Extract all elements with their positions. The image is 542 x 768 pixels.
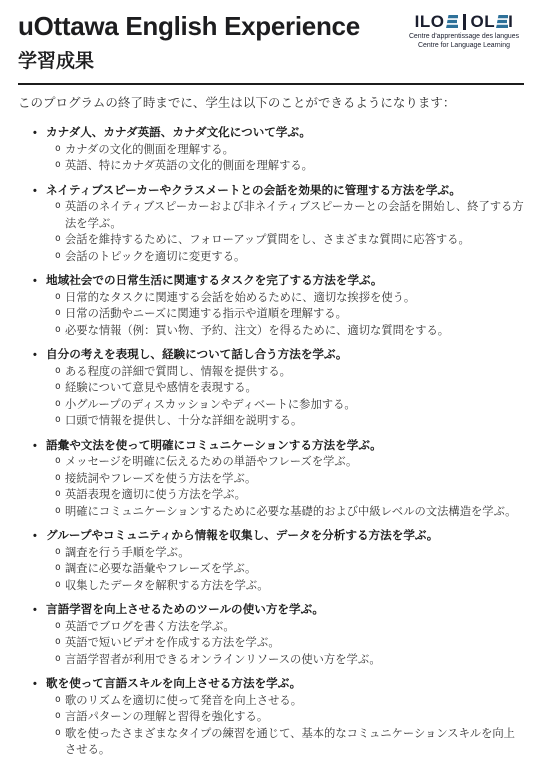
logo-text-i: I [508, 13, 513, 30]
outcome-main: •地域社会での日常生活に関連するタスクを完了する方法を学ぶ。 [18, 273, 524, 290]
outcome-sub: o会話のトピックを適切に変更する。 [18, 249, 524, 266]
outcome-sub-text: 英語で短いビデオを作成する方法を学ぶ。 [65, 637, 280, 649]
outcome-sub: o収集したデータを解釈する方法を学ぶ。 [18, 578, 524, 595]
outcome-main-text: 言語学習を向上させるためのツールの使い方を学ぶ。 [46, 603, 324, 616]
bullet-circle-icon: o [55, 412, 61, 429]
outcome-sub-text: 言語学習者が利用できるオンラインリソースの使い方を学ぶ。 [65, 654, 381, 666]
bullet-circle-icon: o [55, 453, 61, 470]
logo-tagline-en: Centre for Language Learning [400, 42, 528, 51]
outcome-sub: oメッセージを明確に伝えるための単語やフレーズを学ぶ。 [18, 454, 524, 471]
outcome-sub: o英語表現を適切に使う方法を学ぶ。 [18, 487, 524, 504]
logo-text-ilo: ILO [415, 13, 445, 30]
outcome-section: •歌を使って言語スキルを向上させる方法を学ぶ。o歌のリズムを適切に使って発音を向… [18, 676, 524, 759]
logo-separator-bar [463, 14, 466, 30]
bullet-circle-icon: o [55, 379, 61, 396]
outcome-section: •地域社会での日常生活に関連するタスクを完了する方法を学ぶ。o日常的なタスクに関… [18, 273, 524, 339]
bullet-circle-icon: o [55, 289, 61, 306]
logo-taglines: Centre d'apprentissage des langues Centr… [400, 33, 528, 50]
outcome-main-text: カナダ人、カナダ英語、カナダ文化について学ぶ。 [46, 126, 311, 139]
outcome-section: •ネイティブスピーカーやクラスメートとの会話を効果的に管理する方法を学ぶ。o英語… [18, 183, 524, 266]
outcome-sub: o英語のネイティブスピーカーおよび非ネイティブスピーカーとの会話を開始し、終了す… [18, 199, 524, 232]
outcome-sub: o接続詞やフレーズを使う方法を学ぶ。 [18, 471, 524, 488]
outcome-section: •自分の考えを表現し、経験について話し合う方法を学ぶ。oある程度の詳細で質問し、… [18, 347, 524, 430]
bullet-circle-icon: o [55, 634, 61, 651]
bullet-disc-icon: • [33, 438, 37, 455]
outcome-main: •カナダ人、カナダ英語、カナダ文化について学ぶ。 [18, 125, 524, 142]
outcome-sub: o会話を維持するために、フォローアップ質問をし、さまざまな質問に応答する。 [18, 232, 524, 249]
outcome-sub-text: 経験について意見や感情を表現する。 [65, 382, 257, 394]
logo-tagline-fr: Centre d'apprentissage des langues [400, 33, 528, 42]
bullet-disc-icon: • [33, 273, 37, 290]
outcome-sub-text: 口頭で情報を提供し、十分な詳細を説明する。 [65, 415, 302, 427]
outcome-sub: o口頭で情報を提供し、十分な詳細を説明する。 [18, 413, 524, 430]
bullet-disc-icon: • [33, 602, 37, 619]
outcome-sub: o明確にコミュニケーションするために必要な基礎的および中級レベルの文法構造を学ぶ… [18, 504, 524, 521]
bullet-circle-icon: o [55, 577, 61, 594]
bullet-circle-icon: o [55, 157, 61, 174]
outcomes-list: •カナダ人、カナダ英語、カナダ文化について学ぶ。oカナダの文化的側面を理解する。… [18, 125, 524, 759]
outcome-sub: o歌のリズムを適切に使って発音を向上させる。 [18, 693, 524, 710]
outcome-sub: o日常的なタスクに関連する会話を始めるために、適切な挨拶を使う。 [18, 290, 524, 307]
outcome-main: •言語学習を向上させるためのツールの使い方を学ぶ。 [18, 602, 524, 619]
outcome-sub-text: 英語のネイティブスピーカーおよび非ネイティブスピーカーとの会話を開始し、終了する… [65, 201, 524, 230]
outcome-sub: o調査を行う手順を学ぶ。 [18, 545, 524, 562]
outcome-main: •語彙や文法を使って明確にコミュニケーションする方法を学ぶ。 [18, 438, 524, 455]
outcome-main-text: 自分の考えを表現し、経験について話し合う方法を学ぶ。 [46, 348, 347, 361]
outcome-section: •グループやコミュニティから情報を収集し、データを分析する方法を学ぶ。o調査を行… [18, 528, 524, 594]
outcome-main-text: グループやコミュニティから情報を収集し、データを分析する方法を学ぶ。 [46, 529, 438, 542]
outcome-sub-text: 明確にコミュニケーションするために必要な基礎的および中級レベルの文法構造を学ぶ。 [65, 506, 516, 518]
bullet-circle-icon: o [55, 725, 61, 742]
outcome-sub-text: 会話のトピックを適切に変更する。 [65, 251, 245, 263]
outcome-sub-text: 歌を使ったさまざまなタイプの練習を通じて、基本的なコミュニケーションスキルを向上… [65, 728, 515, 757]
bullet-circle-icon: o [55, 305, 61, 322]
stylized-b-bars-icon [446, 15, 458, 28]
outcome-sub-text: ある程度の詳細で質問し、情報を提供する。 [65, 366, 291, 378]
outcome-section: •言語学習を向上させるためのツールの使い方を学ぶ。o英語でブログを書く方法を学ぶ… [18, 602, 524, 668]
outcome-sub-text: カナダの文化的側面を理解する。 [65, 144, 234, 156]
bullet-circle-icon: o [55, 708, 61, 725]
logo-text-ol: OL [471, 13, 496, 30]
outcome-sub: o英語で短いビデオを作成する方法を学ぶ。 [18, 635, 524, 652]
outcome-section: •語彙や文法を使って明確にコミュニケーションする方法を学ぶ。oメッセージを明確に… [18, 438, 524, 521]
outcome-main: •グループやコミュニティから情報を収集し、データを分析する方法を学ぶ。 [18, 528, 524, 545]
bullet-circle-icon: o [55, 470, 61, 487]
outcome-sub: o言語学習者が利用できるオンラインリソースの使い方を学ぶ。 [18, 652, 524, 669]
outcome-sub: o言語パターンの理解と習得を強化する。 [18, 709, 524, 726]
bullet-circle-icon: o [55, 692, 61, 709]
bullet-disc-icon: • [33, 528, 37, 545]
bullet-disc-icon: • [33, 347, 37, 364]
outcome-sub-text: 調査に必要な語彙やフレーズを学ぶ。 [65, 563, 256, 575]
outcome-main-text: 語彙や文法を使って明確にコミュニケーションする方法を学ぶ。 [46, 439, 382, 452]
bullet-circle-icon: o [55, 651, 61, 668]
outcome-sub: o英語でブログを書く方法を学ぶ。 [18, 619, 524, 636]
intro-text: このプログラムの終了時までに、学生は以下のことができるようになります： [18, 95, 524, 112]
outcome-sub-text: メッセージを明確に伝えるための単語やフレーズを学ぶ。 [65, 456, 357, 468]
ilob-olbi-logo: ILO OL I Centre d'apprentissage des [400, 13, 528, 50]
outcome-sub-text: 会話を維持するために、フォローアップ質問をし、さまざまな質問に応答する。 [65, 234, 470, 246]
outcome-sub: oカナダの文化的側面を理解する。 [18, 142, 524, 159]
outcome-sub-text: 必要な情報（例：買い物、予約、注文）を得るために、適切な質問をする。 [65, 325, 449, 337]
outcome-sub: o調査に必要な語彙やフレーズを学ぶ。 [18, 561, 524, 578]
bullet-disc-icon: • [33, 125, 37, 142]
outcome-sub-text: 収集したデータを解釈する方法を学ぶ。 [65, 580, 269, 592]
outcome-sub: o日常の活動やニーズに関連する指示や道順を理解する。 [18, 306, 524, 323]
header-divider [18, 83, 524, 85]
bullet-circle-icon: o [55, 231, 61, 248]
outcome-sub: oある程度の詳細で質問し、情報を提供する。 [18, 364, 524, 381]
outcome-sub-text: 英語表現を適切に使う方法を学ぶ。 [65, 489, 246, 501]
bullet-circle-icon: o [55, 618, 61, 635]
outcome-main: •自分の考えを表現し、経験について話し合う方法を学ぶ。 [18, 347, 524, 364]
logo-wordmark: ILO OL I [400, 13, 528, 30]
bullet-circle-icon: o [55, 141, 61, 158]
outcome-main: •ネイティブスピーカーやクラスメートとの会話を効果的に管理する方法を学ぶ。 [18, 183, 524, 200]
document-page: uOttawa English Experience ILO OL I [0, 0, 542, 768]
bullet-circle-icon: o [55, 544, 61, 561]
bullet-circle-icon: o [55, 198, 61, 215]
outcome-sub: o英語、特にカナダ英語の文化的側面を理解する。 [18, 158, 524, 175]
stylized-b-bars-icon [496, 15, 508, 28]
outcome-sub-text: 日常の活動やニーズに関連する指示や道順を理解する。 [65, 308, 347, 320]
outcome-sub-text: 英語でブログを書く方法を学ぶ。 [65, 621, 235, 633]
bullet-circle-icon: o [55, 560, 61, 577]
bullet-circle-icon: o [55, 396, 61, 413]
bullet-disc-icon: • [33, 676, 37, 693]
outcome-sub-text: 歌のリズムを適切に使って発音を向上させる。 [65, 695, 302, 707]
outcome-sub-text: 言語パターンの理解と習得を強化する。 [65, 711, 268, 723]
bullet-disc-icon: • [33, 183, 37, 200]
outcome-sub: o小グループのディスカッションやディベートに参加する。 [18, 397, 524, 414]
outcome-sub-text: 日常的なタスクに関連する会話を始めるために、適切な挨拶を使う。 [65, 292, 415, 304]
outcome-sub-text: 小グループのディスカッションやディベートに参加する。 [65, 399, 356, 411]
outcome-sub: o歌を使ったさまざまなタイプの練習を通じて、基本的なコミュニケーションスキルを向… [18, 726, 524, 759]
bullet-circle-icon: o [55, 322, 61, 339]
outcome-sub-text: 英語、特にカナダ英語の文化的側面を理解する。 [65, 160, 313, 172]
outcome-main-text: 地域社会での日常生活に関連するタスクを完了する方法を学ぶ。 [46, 274, 382, 287]
outcome-section: •カナダ人、カナダ英語、カナダ文化について学ぶ。oカナダの文化的側面を理解する。… [18, 125, 524, 175]
outcome-sub: o経験について意見や感情を表現する。 [18, 380, 524, 397]
bullet-circle-icon: o [55, 248, 61, 265]
outcome-main-text: ネイティブスピーカーやクラスメートとの会話を効果的に管理する方法を学ぶ。 [46, 184, 461, 197]
page-subtitle: 学習成果 [18, 50, 524, 74]
outcome-sub-text: 調査を行う手順を学ぶ。 [65, 547, 190, 559]
bullet-circle-icon: o [55, 363, 61, 380]
bullet-circle-icon: o [55, 486, 61, 503]
bullet-circle-icon: o [55, 503, 61, 520]
outcome-main: •歌を使って言語スキルを向上させる方法を学ぶ。 [18, 676, 524, 693]
outcome-sub-text: 接続詞やフレーズを使う方法を学ぶ。 [65, 473, 256, 485]
outcome-main-text: 歌を使って言語スキルを向上させる方法を学ぶ。 [46, 677, 301, 690]
outcome-sub: o必要な情報（例：買い物、予約、注文）を得るために、適切な質問をする。 [18, 323, 524, 340]
